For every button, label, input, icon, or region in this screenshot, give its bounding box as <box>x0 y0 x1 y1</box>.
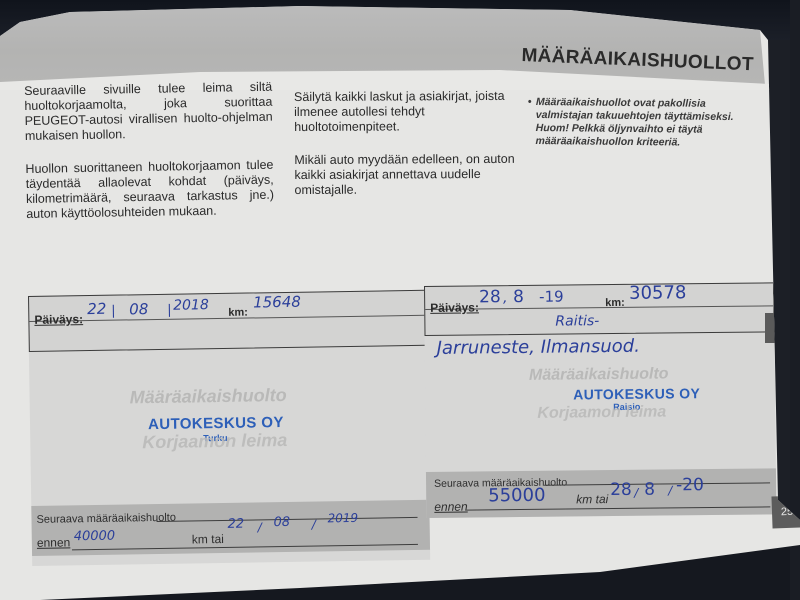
km-or-label: km tai <box>192 532 224 547</box>
date-separator: , <box>503 290 508 306</box>
next-date-month-value: 8 <box>644 480 655 500</box>
warranty-note: • Määräaikaishuollot ovat pakollisia val… <box>535 96 746 150</box>
next-service-band: Seuraava määräaikaishuolto ennen 40000 k… <box>31 500 430 556</box>
km-or-label: km tai <box>576 492 608 506</box>
next-date-day-value: 22 <box>227 517 244 532</box>
date-day-value: 22 <box>87 300 106 318</box>
next-service-line <box>544 482 770 485</box>
workshop-ghost-label: Korjaamon leima <box>142 430 287 453</box>
date-year-value: 2018 <box>173 297 209 314</box>
date-month-value: 08 <box>129 300 148 318</box>
next-km-value: 40000 <box>74 529 116 545</box>
date-separator: / <box>668 483 672 497</box>
dark-background-right <box>790 0 800 600</box>
date-separator: | <box>111 304 116 319</box>
date-km-box: Päiväys: 22 | 08 | 2018 km: 15648 <box>28 290 427 352</box>
next-date-year-value: 2019 <box>327 511 358 525</box>
km-value: 15648 <box>253 293 301 312</box>
km-label: km: <box>228 307 248 319</box>
next-service-band: Seuraava määräaikaishuolto ennen 55000 k… <box>426 468 776 518</box>
intro-paragraph: Huollon suorittaneen huoltokorjaamon tul… <box>25 158 274 222</box>
intro-paragraph: Mikäli auto myydään edelleen, on auton k… <box>294 152 530 198</box>
date-separator: | <box>167 303 172 318</box>
service-ghost-label: Määräaikaishuolto <box>129 385 286 408</box>
next-service-label: Seuraava määräaikaishuolto <box>36 512 176 526</box>
workshop-stamp-name: AUTOKESKUS OY <box>573 385 700 402</box>
intro-paragraph: Seuraaville sivuille tulee leima siltä h… <box>24 80 273 144</box>
before-line <box>72 544 418 550</box>
date-km-box: Päiväys: 28 , 8 -19 km: 30578 Raitis- <box>424 282 775 336</box>
km-value: 30578 <box>629 282 686 304</box>
date-separator: / <box>634 486 638 500</box>
date-separator: / <box>312 518 316 532</box>
intro-paragraph: Säilytä kaikki laskut ja asiakirjat, joi… <box>294 89 530 135</box>
workshop-ghost-label: Korjaamon leima <box>537 403 666 422</box>
date-separator: / <box>258 520 262 534</box>
service-entry-2: Päiväys: 28 , 8 -19 km: 30578 Raitis- Ja… <box>424 282 776 518</box>
service-ghost-label: Määräaikaishuolto <box>529 365 669 384</box>
bullet-icon: • <box>528 96 532 109</box>
before-label: ennen <box>37 535 71 550</box>
date-day-value: 28 <box>479 287 501 307</box>
date-month-value: 8 <box>513 287 524 307</box>
date-label: Päiväys: <box>430 300 479 315</box>
warranty-note-text: Määräaikaishuollot ovat pakollisia valmi… <box>535 96 733 149</box>
km-label: km: <box>605 297 625 309</box>
service-entry-1: Päiväys: 22 | 08 | 2018 km: 15648 Määräa… <box>28 290 430 566</box>
before-line <box>466 506 770 510</box>
intro-column-2: Säilytä kaikki laskut ja asiakirjat, joi… <box>294 89 531 216</box>
next-date-month-value: 08 <box>273 515 290 530</box>
intro-column-1: Seuraaville sivuille tulee leima siltä h… <box>24 80 275 240</box>
next-date-day-value: 28 <box>610 480 632 500</box>
date-year-value: -19 <box>539 288 564 306</box>
service-notes-line-2: Jarruneste, Ilmansuod. <box>437 336 640 359</box>
service-notes-line-1: Raitis- <box>555 313 599 329</box>
date-label: Päiväys: <box>34 312 83 327</box>
next-km-value: 55000 <box>488 485 545 507</box>
before-label: ennen <box>434 500 468 514</box>
next-date-year-value: -20 <box>676 475 704 495</box>
section-tab: III <box>765 313 793 343</box>
booklet-page: MÄÄRÄAIKAISHUOLLOT Seuraaville sivuille … <box>0 0 800 600</box>
